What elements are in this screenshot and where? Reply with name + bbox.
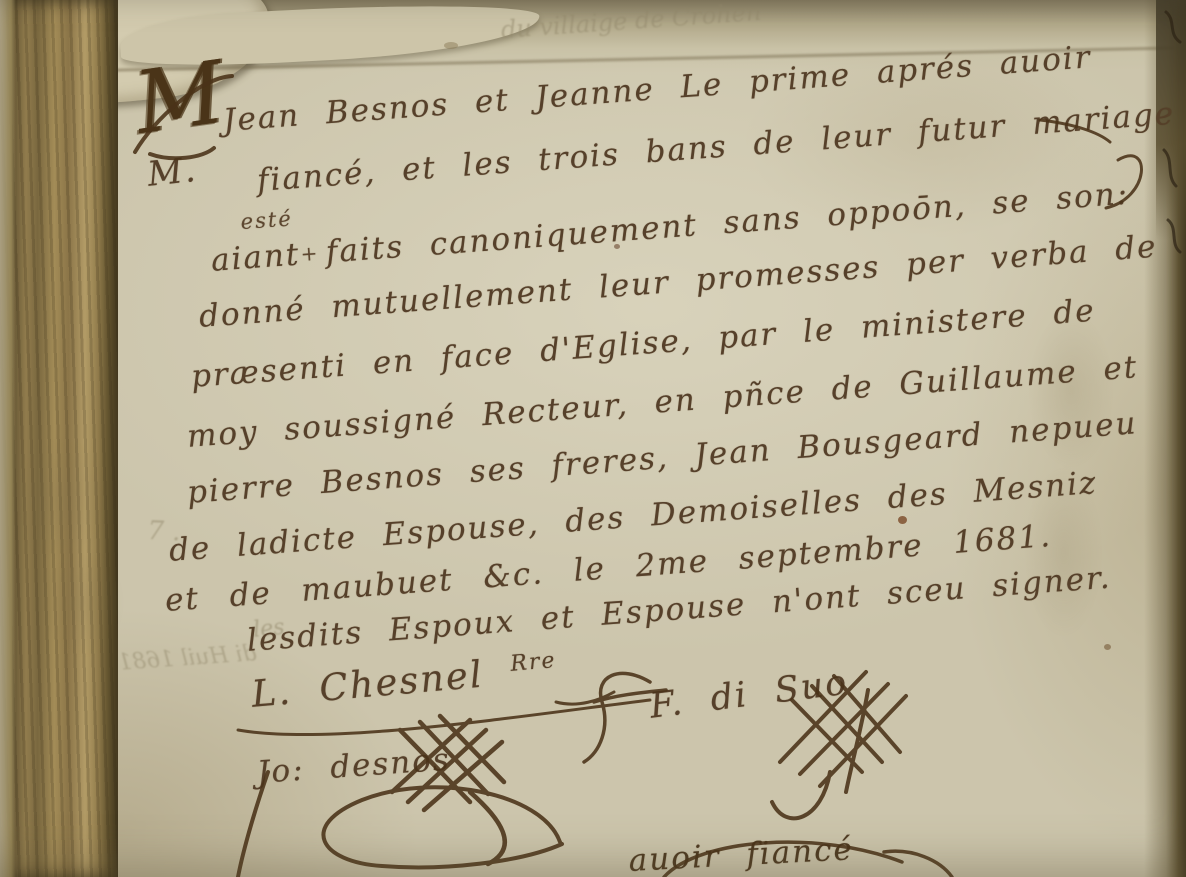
manuscript-photo: { "meta": { "description": "Scanned page… [0,0,1186,877]
interlinear-insert: esté [240,208,293,233]
next-entry-partial-text: auoir fiancé [628,834,855,877]
margin-mariage-mark: M. [146,153,199,192]
signature-spouse-mark: Jo: desnos [256,744,452,788]
signature-witness: F. di Suo [648,666,850,725]
spouse-lattice-paraph [392,716,505,864]
signature-rector: L. Chesnel Rre [250,649,559,713]
foxing-spot [898,516,907,524]
ink-bleedthrough-smear-left [0,430,150,660]
signature-rector-name: L. Chesnel [250,653,486,716]
signature-rector-title: Rre [509,648,557,677]
entry-monogram-initial: M [130,49,231,147]
register-page: du villaige de Crohen les di Huil 1681 7… [0,0,1186,877]
